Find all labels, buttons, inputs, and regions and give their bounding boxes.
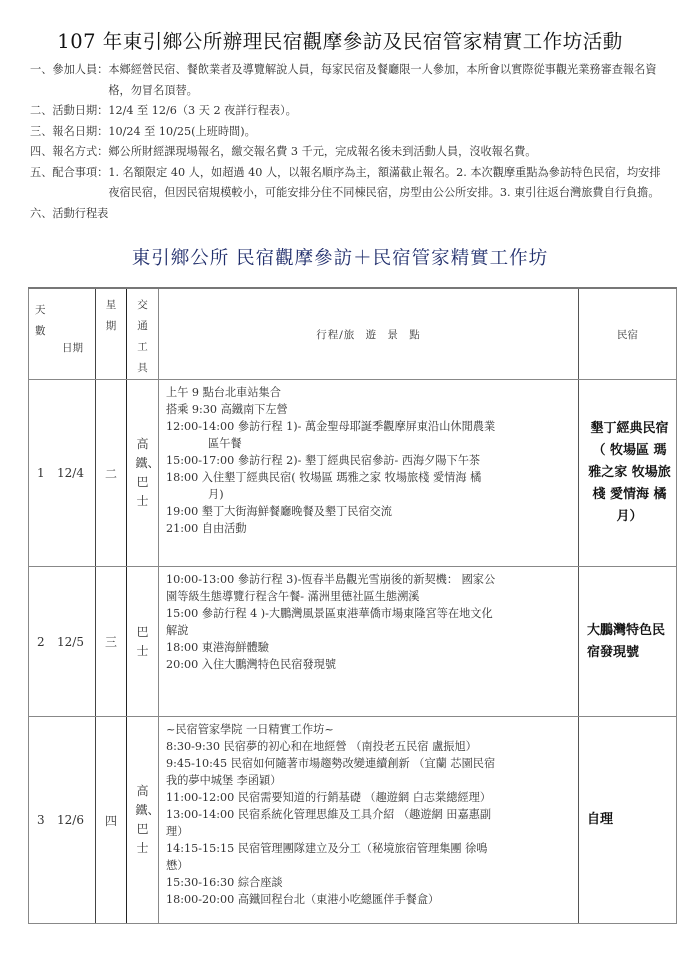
itinerary-line: 9:45-10:45 民宿如何隨著市場趨勢改變連續創新 （宜蘭 芯園民宿 [166, 755, 572, 772]
day-date-cell: 312/6 [29, 717, 96, 924]
header-transport: 交通工具 [127, 288, 159, 380]
info-item-registration-dates: 三、報名日期： 10/24 至 10/25(上班時間)。 [30, 122, 670, 143]
itinerary-line: 11:00-12:00 民宿需要知道的行銷基礎 （趣遊網 白志棠總經理） [166, 789, 572, 806]
itinerary-line: 15:00-17:00 參訪行程 2)- 墾丁經典民宿參訪- 西海夕陽下午茶 [166, 452, 572, 469]
info-content: 12/4 至 12/6（3 天 2 夜詳行程表）。 [108, 101, 670, 122]
transport-cell: 高鐵、巴士 [127, 717, 159, 924]
itinerary-line: 區午餐 [166, 435, 572, 452]
weekday-cell: 二 [96, 380, 127, 567]
itinerary-cell: 10:00-13:00 參訪行程 3)-恆春半島觀光雪崩後的新契機： 國家公 園… [159, 567, 579, 717]
itinerary-line: 21:00 自由活動 [166, 520, 572, 537]
itinerary-line: 19:00 墾丁大街海鮮餐廳晚餐及墾丁民宿交流 [166, 503, 572, 520]
bnb-cell: 墾丁經典民宿（ 牧場區 瑪雅之家 牧場旅棧 愛情海 橘月） [579, 380, 677, 567]
info-label: 三、報名日期： [30, 122, 108, 143]
itinerary-line: 搭乘 9:30 高鐵南下左營 [166, 401, 572, 418]
info-item-participants: 一、參加人員： 本鄉經營民宿、餐飲業者及導覽解說人員，每家民宿及餐廳限一人參加，… [30, 60, 670, 101]
header-day-date: 天數 日期 [29, 288, 96, 380]
info-label: 五、配合事項： [30, 163, 108, 204]
weekday-cell: 三 [96, 567, 127, 717]
itinerary-line: 14:15-15:15 民宿管理團隊建立及分工（秘境旅宿管理集團 徐鳴 [166, 840, 572, 857]
itinerary-line: 20:00 入住大鵬灣特色民宿發現號 [166, 656, 572, 673]
itinerary-line: 18:00-20:00 高鐵回程台北（東港小吃總匯伴手餐盒） [166, 891, 572, 908]
itinerary-line: 18:00 入住墾丁經典民宿( 牧場區 瑪雅之家 牧場旅棧 愛情海 橘 [166, 469, 572, 486]
itinerary-line: 上午 9 點台北車站集合 [166, 384, 572, 401]
table-row: 112/4 二 高鐵、巴士 上午 9 點台北車站集合 搭乘 9:30 高鐵南下左… [29, 380, 677, 567]
info-content: 1. 名額限定 40 人，如超過 40 人，以報名順序為主，額滿截止報名。2. … [108, 163, 670, 204]
day-date-cell: 212/5 [29, 567, 96, 717]
day-number: 1 [37, 466, 57, 480]
info-list: 一、參加人員： 本鄉經營民宿、餐飲業者及導覽解說人員，每家民宿及餐廳限一人參加，… [30, 60, 670, 224]
info-content: 鄉公所財經課現場報名，繳交報名費 3 千元，完成報名後未到活動人員，沒收報名費。 [108, 142, 670, 163]
itinerary-line: 8:30-9:30 民宿夢的初心和在地經營 （南投老五民宿 盧振旭） [166, 738, 572, 755]
info-content: 10/24 至 10/25(上班時間)。 [108, 122, 670, 143]
header-itinerary: 行程/旅 遊 景 點 [159, 288, 579, 380]
itinerary-line: ~民宿管家學院 一日精實工作坊~ [166, 721, 572, 738]
itinerary-cell: ~民宿管家學院 一日精實工作坊~ 8:30-9:30 民宿夢的初心和在地經營 （… [159, 717, 579, 924]
info-label: 二、活動日期： [30, 101, 108, 122]
schedule-title: 東引鄉公所 民宿觀摩參訪＋民宿管家精實工作坊 [0, 244, 680, 270]
bnb-cell: 自理 [579, 717, 677, 924]
day-number: 2 [37, 635, 57, 649]
header-bnb: 民宿 [579, 288, 677, 380]
itinerary-line: 18:00 東港海鮮體驗 [166, 639, 572, 656]
itinerary-line: 解說 [166, 622, 572, 639]
info-item-notes: 五、配合事項： 1. 名額限定 40 人，如超過 40 人，以報名順序為主，額滿… [30, 163, 670, 204]
document-title: 107 年東引鄉公所辦理民宿觀摩參訪及民宿管家精實工作坊活動 [0, 26, 680, 54]
itinerary-line: 12:00-14:00 參訪行程 1)- 萬金聖母耶誕季觀摩屏東沿山休閒農業 [166, 418, 572, 435]
date: 12/4 [57, 466, 84, 480]
itinerary-line: 理） [166, 823, 572, 840]
itinerary-line: 我的夢中城堡 李函穎） [166, 772, 572, 789]
info-label: 六、活動行程表 [30, 204, 108, 225]
info-label: 一、參加人員： [30, 60, 108, 101]
itinerary-line: 懋） [166, 857, 572, 874]
bnb-cell: 大鵬灣特色民宿發現號 [579, 567, 677, 717]
itinerary-line: 10:00-13:00 參訪行程 3)-恆春半島觀光雪崩後的新契機： 國家公 [166, 571, 572, 588]
header-date: 日期 [62, 340, 83, 355]
info-content [108, 204, 670, 225]
itinerary-line: 15:00 參訪行程 4 )-大鵬灣風景區東港華僑市場東隆宮等在地文化 [166, 605, 572, 622]
table-row: 212/5 三 巴士 10:00-13:00 參訪行程 3)-恆春半島觀光雪崩後… [29, 567, 677, 717]
transport-cell: 高鐵、巴士 [127, 380, 159, 567]
itinerary-line: 園等級生態導覽行程含午餐- 滿洲里德社區生態溯溪 [166, 588, 572, 605]
info-label: 四、報名方式： [30, 142, 108, 163]
itinerary-cell: 上午 9 點台北車站集合 搭乘 9:30 高鐵南下左營 12:00-14:00 … [159, 380, 579, 567]
info-item-dates: 二、活動日期： 12/4 至 12/6（3 天 2 夜詳行程表）。 [30, 101, 670, 122]
transport-cell: 巴士 [127, 567, 159, 717]
day-number: 3 [37, 813, 57, 827]
schedule-table: 天數 日期 星期 交通工具 行程/旅 遊 景 點 民宿 112/4 二 高鐵、巴… [28, 287, 677, 924]
day-date-cell: 112/4 [29, 380, 96, 567]
date: 12/6 [57, 813, 84, 827]
date: 12/5 [57, 635, 84, 649]
info-item-schedule: 六、活動行程表 [30, 204, 670, 225]
itinerary-line: 月) [166, 486, 572, 503]
table-header-row: 天數 日期 星期 交通工具 行程/旅 遊 景 點 民宿 [29, 288, 677, 380]
header-weekday: 星期 [96, 288, 127, 380]
weekday-cell: 四 [96, 717, 127, 924]
table-row: 312/6 四 高鐵、巴士 ~民宿管家學院 一日精實工作坊~ 8:30-9:30… [29, 717, 677, 924]
info-content: 本鄉經營民宿、餐飲業者及導覽解說人員，每家民宿及餐廳限一人參加，本所會以實際從事… [108, 60, 670, 101]
info-item-registration-method: 四、報名方式： 鄉公所財經課現場報名，繳交報名費 3 千元，完成報名後未到活動人… [30, 142, 670, 163]
itinerary-line: 13:00-14:00 民宿系統化管理思維及工具介紹 （趣遊網 田嘉惠副 [166, 806, 572, 823]
header-day: 天數 [35, 300, 47, 342]
itinerary-line: 15:30-16:30 綜合座談 [166, 874, 572, 891]
